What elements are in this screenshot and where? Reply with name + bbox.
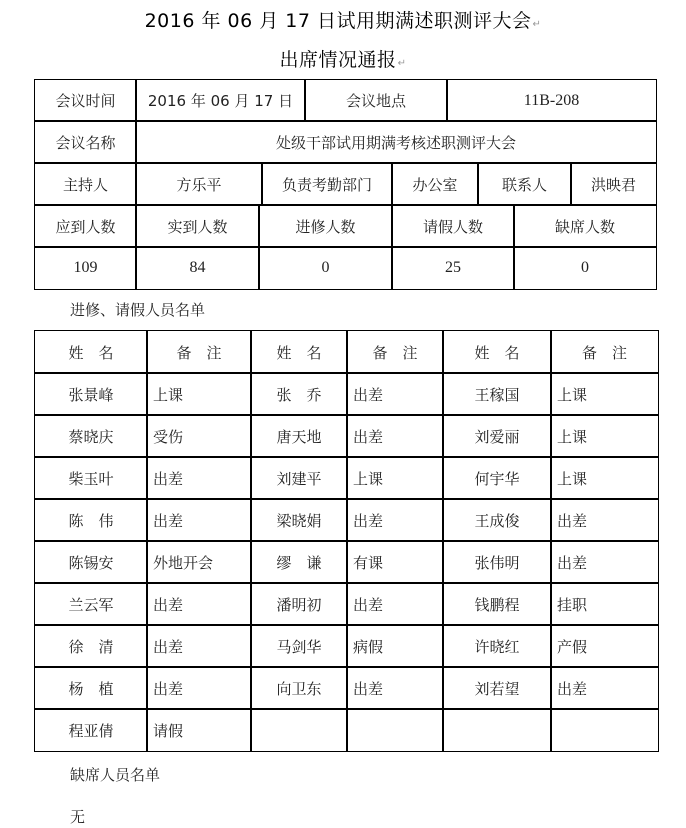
leave-header-name: 姓 名 [442,330,552,374]
leave-cell-name: 王成俊 [442,498,552,542]
leave-header-note: 备 注 [146,330,252,374]
contact-label: 联系人 [477,162,572,206]
leave-cell-name: 潘明初 [250,582,348,626]
attendance-dept-value: 办公室 [391,162,479,206]
leave-cell-note: 上课 [346,456,444,500]
leave-cell-note: 出差 [346,582,444,626]
leave-cell-name: 刘建平 [250,456,348,500]
leave-cell-note: 出差 [146,456,252,500]
stats-header-absent: 缺席人数 [513,204,657,248]
leave-cell-note: 有课 [346,540,444,584]
leave-cell-note: 病假 [346,624,444,668]
leave-cell-name: 张景峰 [34,372,148,416]
leave-cell-name: 张 乔 [250,372,348,416]
stats-header-leave: 请假人数 [391,204,515,248]
stats-value-absent: 0 [513,246,657,290]
leave-cell-name: 徐 清 [34,624,148,668]
leave-cell-note: 出差 [146,624,252,668]
leave-cell-name: 王稼国 [442,372,552,416]
document-title-line2: 出席情况通报↵ [0,45,686,72]
leave-cell-note: 出差 [346,414,444,458]
host-value: 方乐平 [135,162,263,206]
leave-cell-note: 出差 [146,582,252,626]
leave-cell-note: 挂职 [550,582,659,626]
leave-cell-name: 钱鹏程 [442,582,552,626]
leave-section-title: 进修、请假人员名单 [70,299,205,320]
stats-value-expected: 109 [34,246,137,290]
leave-cell-name: 柴玉叶 [34,456,148,500]
title-text: 2016 年 06 月 17 日试用期满述职测评大会 [145,10,532,32]
leave-cell-name: 张伟明 [442,540,552,584]
stats-value-leave: 25 [391,246,515,290]
leave-cell-note: 出差 [550,666,659,710]
leave-header-note: 备 注 [550,330,659,374]
meeting-name-value: 处级干部试用期满考核述职测评大会 [135,120,657,164]
leave-cell-note: 请假 [146,708,252,752]
meeting-place-value: 11B-208 [446,79,657,122]
leave-cell-name: 蔡晓庆 [34,414,148,458]
leave-cell-name: 向卫东 [250,666,348,710]
leave-cell-note: 出差 [550,498,659,542]
host-label: 主持人 [34,162,137,206]
leave-cell-note [550,708,659,752]
stats-header-actual: 实到人数 [135,204,260,248]
stats-header-expected: 应到人数 [34,204,137,248]
leave-cell-note: 出差 [346,372,444,416]
stats-header-training: 进修人数 [258,204,393,248]
leave-cell-name: 马剑华 [250,624,348,668]
leave-cell-name [442,708,552,752]
leave-cell-note: 出差 [550,540,659,584]
leave-cell-name: 陈 伟 [34,498,148,542]
leave-cell-note: 出差 [346,498,444,542]
leave-cell-note [346,708,444,752]
leave-cell-name: 程亚倩 [34,708,148,752]
leave-cell-note: 产假 [550,624,659,668]
leave-cell-note: 上课 [550,372,659,416]
subtitle-text: 出席情况通报 [280,49,397,71]
leave-cell-note: 上课 [550,456,659,500]
paragraph-mark-icon: ↵ [398,58,407,69]
meeting-name-label: 会议名称 [34,120,137,164]
leave-cell-note: 出差 [346,666,444,710]
leave-cell-name: 缪 谦 [250,540,348,584]
document-title-line1: 2016 年 06 月 17 日试用期满述职测评大会↵ [0,6,686,33]
leave-cell-note: 受伤 [146,414,252,458]
leave-header-note: 备 注 [346,330,444,374]
leave-cell-name: 许晓红 [442,624,552,668]
absent-section-title: 缺席人员名单 [70,764,160,785]
leave-cell-note: 出差 [146,498,252,542]
leave-cell-name: 刘若望 [442,666,552,710]
leave-header-name: 姓 名 [34,330,148,374]
meeting-place-label: 会议地点 [304,79,448,122]
contact-value: 洪映君 [570,162,657,206]
stats-value-training: 0 [258,246,393,290]
meeting-time-value: 2016 年 06 月 17 日 [135,79,306,122]
attendance-dept-label: 负责考勤部门 [261,162,393,206]
leave-cell-name: 刘爱丽 [442,414,552,458]
leave-cell-note: 上课 [550,414,659,458]
leave-cell-note: 出差 [146,666,252,710]
leave-cell-name: 杨 植 [34,666,148,710]
paragraph-mark-icon: ↵ [533,19,542,30]
leave-cell-name: 陈锡安 [34,540,148,584]
leave-cell-name: 何宇华 [442,456,552,500]
leave-cell-note: 外地开会 [146,540,252,584]
meeting-time-label: 会议时间 [34,79,137,122]
leave-cell-name [250,708,348,752]
absent-list-value: 无 [70,806,85,827]
stats-value-actual: 84 [135,246,260,290]
leave-cell-note: 上课 [146,372,252,416]
leave-header-name: 姓 名 [250,330,348,374]
leave-cell-name: 唐天地 [250,414,348,458]
leave-cell-name: 兰云军 [34,582,148,626]
leave-cell-name: 梁晓娟 [250,498,348,542]
